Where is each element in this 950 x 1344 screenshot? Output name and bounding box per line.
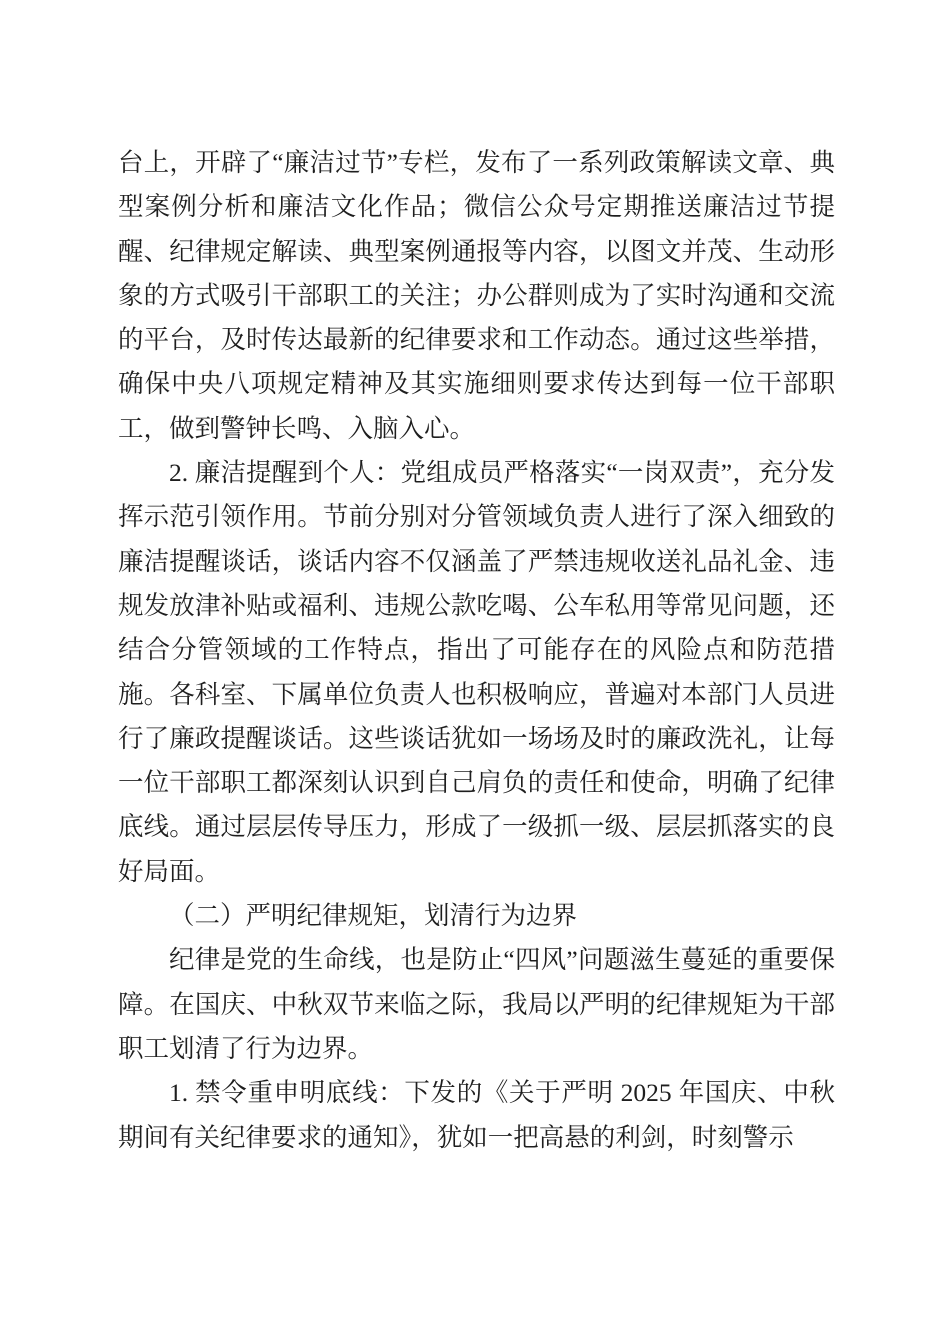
paragraph: 台上，开辟了“廉洁过节”专栏，发布了一系列政策解读文章、典型案例分析和廉洁文化作… (118, 141, 835, 451)
paragraph: 2. 廉洁提醒到个人：党组成员严格落实“一岗双责”，充分发挥示范引领作用。节前分… (118, 451, 835, 894)
section-heading: （二）严明纪律规矩，划清行为边界 (118, 894, 835, 938)
paragraph: 纪律是党的生命线，也是防止“四风”问题滋生蔓延的重要保障。在国庆、中秋双节来临之… (118, 938, 835, 1071)
document-page: 台上，开辟了“廉洁过节”专栏，发布了一系列政策解读文章、典型案例分析和廉洁文化作… (0, 0, 950, 1344)
paragraph: 1. 禁令重申明底线：下发的《关于严明 2025 年国庆、中秋期间有关纪律要求的… (118, 1071, 835, 1160)
document-content: 台上，开辟了“廉洁过节”专栏，发布了一系列政策解读文章、典型案例分析和廉洁文化作… (118, 141, 835, 1160)
